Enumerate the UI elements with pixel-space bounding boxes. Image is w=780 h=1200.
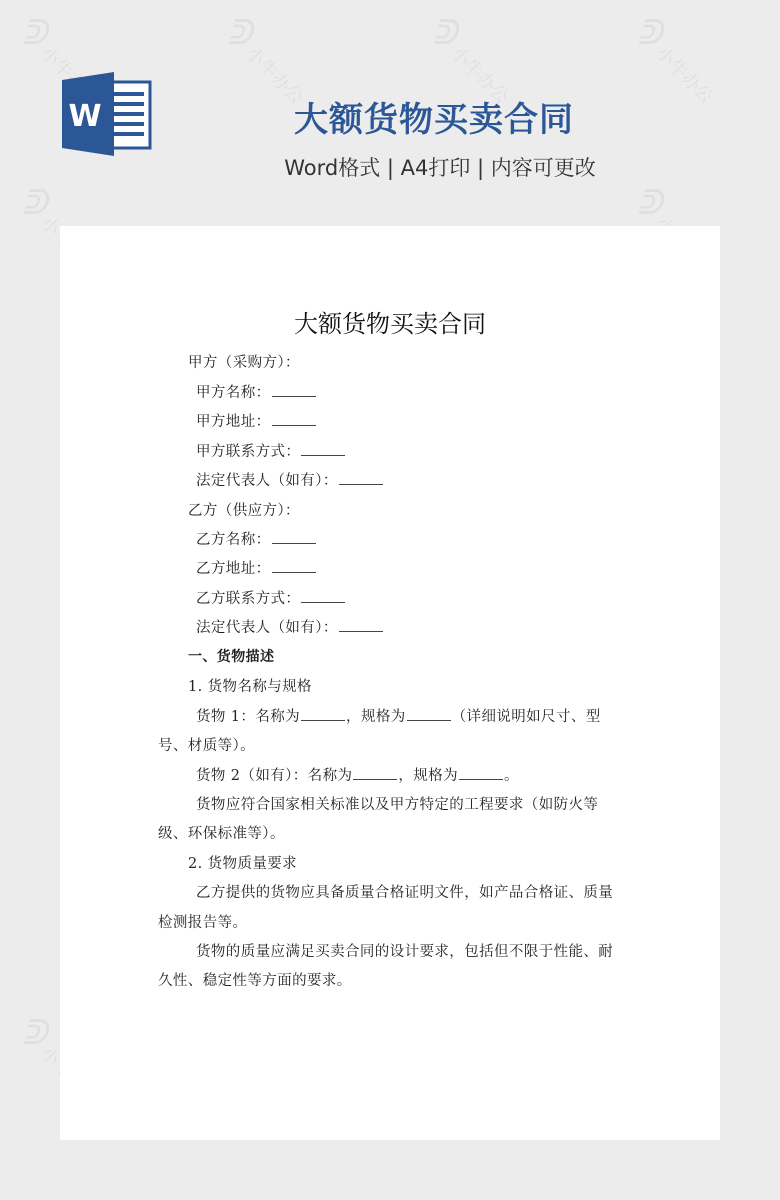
blank-field[interactable] xyxy=(272,386,316,397)
party-a-name: 甲方名称： xyxy=(196,381,317,402)
hero-subtitle: Word格式 | A4打印 | 内容可更改 xyxy=(0,152,780,182)
blank-field[interactable] xyxy=(301,592,345,603)
party-b-address: 乙方地址： xyxy=(196,557,317,578)
subsection-heading: 1. 货物名称与规格 xyxy=(188,675,312,696)
party-b-contact: 乙方联系方式： xyxy=(196,587,346,608)
standard-paragraph: 货物应符合国家相关标准以及甲方特定的工程要求（如防火等 xyxy=(196,793,598,814)
hero-title: 大额货物买卖合同 xyxy=(0,92,780,141)
document-page: 大额货物买卖合同 甲方（采购方）： 甲方名称： 甲方地址： 甲方联系方式： 法定… xyxy=(60,226,720,1140)
blank-field[interactable] xyxy=(272,415,316,426)
quality-paragraph-1: 乙方提供的货物应具备质量合格证明文件，如产品合格证、质量 xyxy=(196,881,613,902)
blank-field[interactable] xyxy=(301,445,345,456)
goods-1-line: 货物 1：名称为，规格为（详细说明如尺寸、型 xyxy=(196,705,601,726)
blank-field[interactable] xyxy=(459,769,503,780)
blank-field[interactable] xyxy=(272,533,316,544)
party-b-heading: 乙方（供应方）： xyxy=(188,499,300,520)
quality-paragraph-2-cont: 久性、稳定性等方面的要求。 xyxy=(158,969,352,990)
subsection-heading: 2. 货物质量要求 xyxy=(188,852,297,873)
party-a-address: 甲方地址： xyxy=(196,410,317,431)
blank-field[interactable] xyxy=(301,710,345,721)
goods-2-line: 货物 2（如有）：名称为，规格为。 xyxy=(196,764,519,785)
party-b-name: 乙方名称： xyxy=(196,528,317,549)
goods-1-continuation: 号、材质等）。 xyxy=(158,734,255,755)
section-heading: 一、货物描述 xyxy=(188,646,274,666)
party-a-contact: 甲方联系方式： xyxy=(196,440,346,461)
party-a-heading: 甲方（采购方）： xyxy=(188,351,300,372)
blank-field[interactable] xyxy=(339,474,383,485)
standard-paragraph-cont: 级、环保标准等）。 xyxy=(158,822,285,843)
blank-field[interactable] xyxy=(353,769,397,780)
party-a-rep: 法定代表人（如有）： xyxy=(196,469,384,490)
party-b-rep: 法定代表人（如有）： xyxy=(196,616,384,637)
blank-field[interactable] xyxy=(407,710,451,721)
blank-field[interactable] xyxy=(272,562,316,573)
document-title: 大额货物买卖合同 xyxy=(60,304,720,339)
quality-paragraph-2: 货物的质量应满足买卖合同的设计要求，包括但不限于性能、耐 xyxy=(196,940,613,961)
quality-paragraph-1-cont: 检测报告等。 xyxy=(158,911,247,932)
blank-field[interactable] xyxy=(339,621,383,632)
